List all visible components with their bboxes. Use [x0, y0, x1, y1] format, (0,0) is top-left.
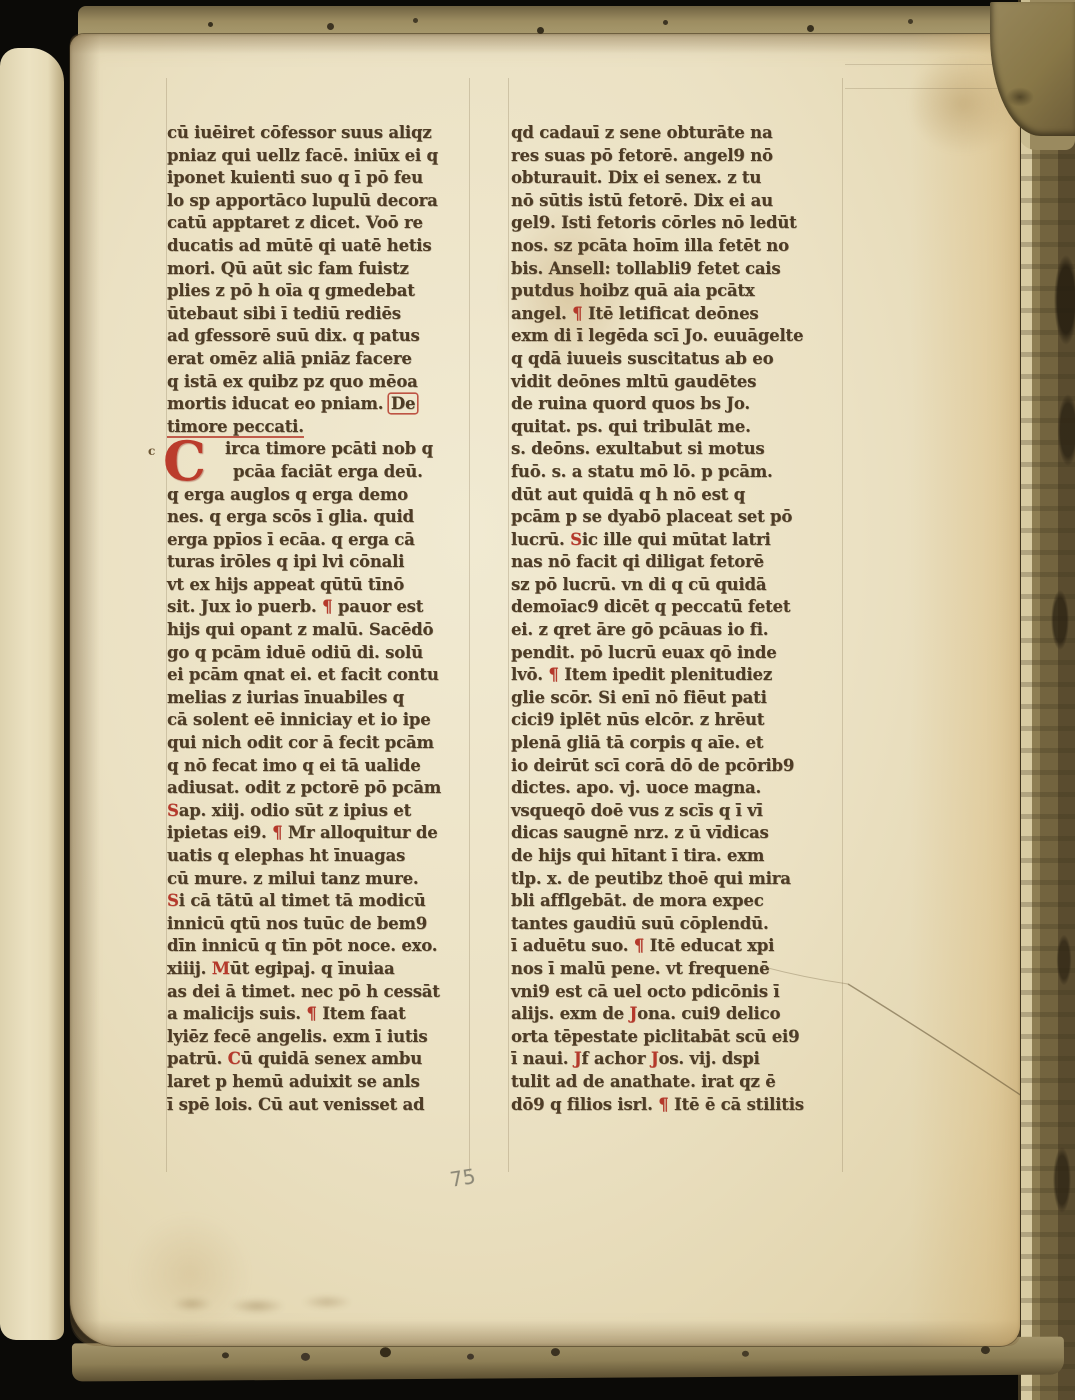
text-segment: Itē letificat deōnes — [582, 304, 758, 323]
text-segment: obturauit. Dix ei senex. z tu — [511, 168, 761, 187]
text-segment: res suas pō fetorē. angel9 nō — [511, 146, 773, 165]
manuscript-text-line: iponet kuienti suo q ī pō feu — [167, 167, 467, 190]
facing-page-sliver — [0, 48, 64, 1340]
text-segment: xiiij. — [167, 959, 212, 978]
text-segment: alijs. exm de — [511, 1004, 630, 1023]
manuscript-text-line: q nō fecat imo q ei tā ualide — [167, 755, 467, 778]
text-segment: demoīac9 dicēt q peccatū fetet — [511, 597, 790, 616]
manuscript-text-line: res suas pō fetorē. angel9 nō — [511, 145, 841, 168]
manuscript-text-line: nes. q erga scōs ī glia. quid — [167, 506, 467, 529]
text-segment: nas nō facit qi diligat fetorē — [511, 552, 764, 571]
manuscript-text-line: lyiēz fecē angelis. exm ī iutis — [167, 1026, 467, 1049]
text-segment: lo sp apportāco lupulū decora — [167, 191, 438, 210]
rubricated-text-segment: S — [570, 530, 582, 549]
text-segment: go q pcām iduē odiū di. solū — [167, 643, 423, 662]
manuscript-text-line: ī aduētu suo. ¶ Itē educat xpi — [511, 935, 841, 958]
rubricated-text-segment: De — [389, 394, 417, 413]
text-segment: Item ipedit plenitudiez — [559, 665, 772, 684]
text-segment: q qdā iuueis suscitatus ab eo — [511, 349, 773, 368]
text-segment: tulit ad de anathate. irat qz ē — [511, 1072, 776, 1091]
text-segment: Item faat — [317, 1004, 406, 1023]
text-segment: uatis q elephas ht īnuagas — [167, 846, 405, 865]
manuscript-text-line: quitat. ps. qui tribulāt me. — [511, 416, 841, 439]
gutter-shadow — [70, 34, 100, 1346]
text-segment: nes. q erga scōs ī glia. quid — [167, 507, 414, 526]
manuscript-text-line: dō9 q filios isrl. ¶ Itē ē cā stilitis — [511, 1094, 841, 1117]
manuscript-text-line: vni9 est cā uel octo pdicōnis ī — [511, 981, 841, 1004]
manuscript-text-line: nō sūtis istū fetorē. Dix ei au — [511, 190, 841, 213]
text-segment: i cā tātū al timet tā modicū — [179, 891, 426, 910]
rubricated-initial-C: C — [163, 438, 217, 486]
ruling-line-vertical — [842, 78, 843, 1172]
text-segment: f achor — [581, 1049, 650, 1068]
ruling-line-horizontal — [845, 64, 1013, 65]
text-segment: as dei ā timet. nec pō h cessāt — [167, 982, 440, 1001]
manuscript-text-line: adiusat. odit z pctorē pō pcām — [167, 777, 467, 800]
text-segment: plies z pō h oīa q gmedebat — [167, 281, 415, 300]
text-segment: vni9 est cā uel octo pdicōnis ī — [511, 982, 779, 1001]
rubricated-text-segment: S — [167, 891, 179, 910]
manuscript-text-line: lucrū. Sic ille qui mūtat latri — [511, 529, 841, 552]
text-segment: ūt egipaj. q īnuiaa — [230, 959, 395, 978]
text-segment: pendit. pō lucrū euax qō inde — [511, 643, 777, 662]
text-segment: vt ex hijs appeat qūtū tīnō — [167, 575, 404, 594]
manuscript-text-line: lvō. ¶ Item ipedit plenitudiez — [511, 664, 841, 687]
manuscript-text-line: sz pō lucrū. vn di q cū quidā — [511, 574, 841, 597]
manuscript-text-line: dictes. apo. vj. uoce magna. — [511, 777, 841, 800]
rubricated-text-segment: ¶ — [548, 665, 558, 684]
text-segment: pcāa faciāt erga deū. — [233, 462, 423, 481]
manuscript-text-line: vsqueqō doē vus z scīs q ī vī — [511, 800, 841, 823]
manuscript-text-line: ipietas ei9. ¶ Mr alloquitur de — [167, 822, 467, 845]
text-segment: ī naui. — [511, 1049, 574, 1068]
edge-wear-spots — [208, 22, 213, 27]
manuscript-text-line: nos. sz pcāta hoīm illa fetēt no — [511, 235, 841, 258]
manuscript-text-line: xiiij. Mūt egipaj. q īnuiaa — [167, 958, 467, 981]
text-segment: melias z iurias īnuabiles q — [167, 688, 404, 707]
text-segment: ducatis ad mūtē qi uatē hetis — [167, 236, 431, 255]
manuscript-text-line: dīn innicū q tīn pōt noce. exo. — [167, 935, 467, 958]
text-segment: fuō. s. a statu mō lō. p pcām. — [511, 462, 773, 481]
manuscript-text-line: putdus hoibz quā aia pcātx — [511, 280, 841, 303]
text-segment: cū iuēiret cōfessor suus aliqz — [167, 123, 432, 142]
rubricated-text-segment: ¶ — [634, 936, 644, 955]
manuscript-text-line: nos ī malū pene. vt frequenē — [511, 958, 841, 981]
text-segment: putdus hoibz quā aia pcātx — [511, 281, 755, 300]
text-segment: laret p hemū aduixit se anls — [167, 1072, 420, 1091]
edge-wear-spots — [222, 1352, 229, 1358]
manuscript-text-line: as dei ā timet. nec pō h cessāt — [167, 981, 467, 1004]
text-segment: exm di ī legēda scī Jo. euuāgelte — [511, 326, 803, 345]
text-segment: vsqueqō doē vus z scīs q ī vī — [511, 801, 763, 820]
text-segment: ei pcām qnat ei. et facit contu — [167, 665, 439, 684]
text-segment: dictes. apo. vj. uoce magna. — [511, 778, 761, 797]
manuscript-text-line: demoīac9 dicēt q peccatū fetet — [511, 596, 841, 619]
text-segment: os. vij. dspi — [659, 1049, 760, 1068]
manuscript-text-line: io deirūt scī corā dō de pcōrib9 — [511, 755, 841, 778]
text-segment: Itē educat xpi — [644, 936, 774, 955]
text-segment: lvō. — [511, 665, 548, 684]
manuscript-text-line: pendit. pō lucrū euax qō inde — [511, 642, 841, 665]
text-segment: ī aduētu suo. — [511, 936, 634, 955]
ruling-line-vertical — [469, 78, 470, 1172]
text-segment: s. deōns. exultabut si motus — [511, 439, 764, 458]
text-segment: dūt aut quidā q h nō est q — [511, 485, 745, 504]
text-segment: bli afflgebāt. de mora expec — [511, 891, 764, 910]
manuscript-text-line: cū mure. z milui tanz mure. — [167, 868, 467, 891]
manuscript-text-line: lo sp apportāco lupulū decora — [167, 190, 467, 213]
text-segment: ūtebaut sibi ī tediū rediēs — [167, 304, 401, 323]
manuscript-text-line: plies z pō h oīa q gmedebat — [167, 280, 467, 303]
text-segment: mori. Qū aūt sic fam fuistz — [167, 259, 409, 278]
right-edge-toning — [910, 34, 1020, 1346]
manuscript-text-line: ī spē lois. Cū aut venisset ad — [167, 1094, 467, 1117]
text-segment: nos ī malū pene. vt frequenē — [511, 959, 769, 978]
text-segment: catū apptaret z dicet. Voō re — [167, 213, 423, 232]
text-column-left: cū iuēiret cōfessor suus aliqzpniaz qui … — [167, 122, 467, 1116]
text-segment: tantes gaudiū suū cōplendū. — [511, 914, 769, 933]
text-segment: lucrū. — [511, 530, 570, 549]
manuscript-text-line: Sap. xiij. odio sūt z ipius et — [167, 800, 467, 823]
text-segment: ī spē lois. Cū aut venisset ad — [167, 1095, 424, 1114]
text-segment: ipietas ei9. — [167, 823, 272, 842]
initial-guide-letter: c — [148, 444, 155, 458]
manuscript-text-line: de ruina quord quos bs Jo. — [511, 393, 841, 416]
manuscript-text-line: ad gfessorē suū dix. q patus — [167, 325, 467, 348]
text-segment: dicas saugnē nrz. z ū vīdicas — [511, 823, 769, 842]
text-segment: vidit deōnes mltū gaudētes — [511, 372, 756, 391]
text-segment: ona. cui9 delico — [637, 1004, 780, 1023]
manuscript-text-line: exm di ī legēda scī Jo. euuāgelte — [511, 325, 841, 348]
manuscript-text-line: qd cadauī z sene obturāte na — [511, 122, 841, 145]
rubricated-text-segment: S — [167, 801, 179, 820]
manuscript-text-line: vidit deōnes mltū gaudētes — [511, 371, 841, 394]
manuscript-text-line: obturauit. Dix ei senex. z tu — [511, 167, 841, 190]
ink-showthrough-ghost — [162, 1286, 377, 1322]
manuscript-text-line: pniaz qui uellz facē. iniūx ei q — [167, 145, 467, 168]
manuscript-text-line: bis. Ansell: tollabli9 fetet cais — [511, 258, 841, 281]
text-segment: dō9 q filios isrl. — [511, 1095, 658, 1114]
text-segment: glie scōr. Si enī nō fiēut pati — [511, 688, 767, 707]
manuscript-text-line: mori. Qū aūt sic fam fuistz — [167, 258, 467, 281]
manuscript-text-line: fuō. s. a statu mō lō. p pcām. — [511, 461, 841, 484]
text-segment: sit. Jux io puerb. — [167, 597, 322, 616]
text-segment: ad gfessorē suū dix. q patus — [167, 326, 420, 345]
text-segment: de ruina quord quos bs Jo. — [511, 394, 750, 413]
manuscript-text-line: patrū. Cū quidā senex ambu — [167, 1048, 467, 1071]
manuscript-text-line: q erga auglos q erga demo — [167, 484, 467, 507]
text-segment: lyiēz fecē angelis. exm ī iutis — [167, 1027, 427, 1046]
text-segment: qd cadauī z sene obturāte na — [511, 123, 772, 142]
text-segment: Itē ē cā stilitis — [669, 1095, 804, 1114]
rubricated-text-segment: ¶ — [306, 1004, 316, 1023]
text-segment: quitat. ps. qui tribulāt me. — [511, 417, 751, 436]
text-segment: pniaz qui uellz facē. iniūx ei q — [167, 146, 438, 165]
manuscript-text-line: melias z iurias īnuabiles q — [167, 687, 467, 710]
rubricated-text-segment: M — [212, 959, 230, 978]
manuscript-text-line: Si cā tātū al timet tā modicū — [167, 890, 467, 913]
text-segment: iponet kuienti suo q ī pō feu — [167, 168, 423, 187]
manuscript-text-line: nas nō facit qi diligat fetorē — [511, 551, 841, 574]
manuscript-text-line: erga ppīos ī ecāa. q erga cā — [167, 529, 467, 552]
text-segment: cū mure. z milui tanz mure. — [167, 869, 418, 888]
manuscript-text-line: erat omēz aliā pniāz facere — [167, 348, 467, 371]
ruling-line-horizontal — [845, 88, 1013, 89]
manuscript-text-line: mortis iducat eo pniam. De — [167, 393, 467, 416]
manuscript-text-line: timore peccati. — [167, 416, 467, 439]
text-segment: erga ppīos ī ecāa. q erga cā — [167, 530, 415, 549]
manuscript-text-line: cā solent eē inniciay et io ipe — [167, 709, 467, 732]
rubricated-text-segment: J — [630, 1004, 638, 1023]
manuscript-text-line: de hijs qui hītant ī tira. exm — [511, 845, 841, 868]
text-segment: Mr alloquitur de — [282, 823, 437, 842]
manuscript-text-line: hijs qui opant z malū. Sacēdō — [167, 619, 467, 642]
manuscript-text-line: innicū qtū nos tuūc de bem9 — [167, 913, 467, 936]
text-segment: a malicijs suis. — [167, 1004, 306, 1023]
text-segment: dīn innicū q tīn pōt noce. exo. — [167, 936, 437, 955]
rubricated-text-segment: ¶ — [272, 823, 282, 842]
manuscript-text-line: gel9. Isti fetoris cōrles nō ledūt — [511, 212, 841, 235]
manuscript-text-line: laret p hemū aduixit se anls — [167, 1071, 467, 1094]
manuscript-text-line: sit. Jux io puerb. ¶ pauor est — [167, 596, 467, 619]
manuscript-text-line: dicas saugnē nrz. z ū vīdicas — [511, 822, 841, 845]
text-segment: erat omēz aliā pniāz facere — [167, 349, 412, 368]
manuscript-text-line: tantes gaudiū suū cōplendū. — [511, 913, 841, 936]
manuscript-text-line: cici9 iplēt nūs elcōr. z hrēut — [511, 709, 841, 732]
text-segment: angel. — [511, 304, 572, 323]
manuscript-text-line: go q pcām iduē odiū di. solū — [167, 642, 467, 665]
manuscript-text-line: ī naui. Jf achor Jos. vij. dspi — [511, 1048, 841, 1071]
rubricated-text-segment: C — [228, 1049, 241, 1068]
manuscript-page: cū iuēiret cōfessor suus aliqzpniaz qui … — [70, 34, 1020, 1346]
rubricated-text-segment: J — [651, 1049, 659, 1068]
manuscript-text-line: glie scōr. Si enī nō fiēut pati — [511, 687, 841, 710]
manuscript-text-line: ei pcām qnat ei. et facit contu — [167, 664, 467, 687]
text-segment: patrū. — [167, 1049, 228, 1068]
page-stack-fore-edges — [1018, 0, 1075, 1400]
manuscript-text-line: uatis q elephas ht īnuagas — [167, 845, 467, 868]
text-segment: pauor est — [332, 597, 423, 616]
text-segment: ap. xiij. odio sūt z ipius et — [179, 801, 411, 820]
manuscript-text-line: qui nich odit cor ā fecit pcām — [167, 732, 467, 755]
pencil-folio-number: 75 — [448, 1164, 477, 1192]
text-segment: q istā ex quibz pz quo mēoa — [167, 372, 418, 391]
text-column-right: qd cadauī z sene obturāte nares suas pō … — [511, 122, 841, 1116]
rubricated-text-segment: ¶ — [658, 1095, 668, 1114]
top-edge-shading — [70, 34, 1020, 54]
text-segment: innicū qtū nos tuūc de bem9 — [167, 914, 427, 933]
text-segment: qui nich odit cor ā fecit pcām — [167, 733, 434, 752]
text-segment: io deirūt scī corā dō de pcōrib9 — [511, 756, 794, 775]
manuscript-text-line: ei. z qret āre gō pcāuas io fi. — [511, 619, 841, 642]
text-segment: turas irōles q ipi lvi cōnali — [167, 552, 404, 571]
text-segment: irca timore pcāti nob q — [225, 439, 433, 458]
manuscript-text-line: ducatis ad mūtē qi uatē hetis — [167, 235, 467, 258]
manuscript-text-line: a malicijs suis. ¶ Item faat — [167, 1003, 467, 1026]
manuscript-text-line: pcām p se dyabō placeat set pō — [511, 506, 841, 529]
manuscript-text-line: q istā ex quibz pz quo mēoa — [167, 371, 467, 394]
manuscript-text-line: orta tēpestate piclitabāt scū ei9 — [511, 1026, 841, 1049]
manuscript-photo: cū iuēiret cōfessor suus aliqzpniaz qui … — [0, 0, 1075, 1400]
manuscript-text-line: plenā gliā tā corpis q aīe. et — [511, 732, 841, 755]
text-segment: plenā gliā tā corpis q aīe. et — [511, 733, 763, 752]
manuscript-text-line: turas irōles q ipi lvi cōnali — [167, 551, 467, 574]
rubricated-text-segment: ¶ — [322, 597, 332, 616]
manuscript-text-line: tlp. x. de peutibz thoē qui mira — [511, 868, 841, 891]
rubricated-text-segment: ¶ — [572, 304, 582, 323]
ruling-line-vertical — [508, 78, 509, 1172]
text-segment: ei. z qret āre gō pcāuas io fi. — [511, 620, 768, 639]
text-segment: gel9. Isti fetoris cōrles nō ledūt — [511, 213, 797, 232]
text-segment: cā solent eē inniciay et io ipe — [167, 710, 431, 729]
manuscript-text-line: q qdā iuueis suscitatus ab eo — [511, 348, 841, 371]
text-segment: ic ille qui mūtat latri — [582, 530, 771, 549]
manuscript-text-line: dūt aut quidā q h nō est q — [511, 484, 841, 507]
manuscript-text-line: alijs. exm de Jona. cui9 delico — [511, 1003, 841, 1026]
text-segment: bis. Ansell: tollabli9 fetet cais — [511, 259, 780, 278]
text-segment: sz pō lucrū. vn di q cū quidā — [511, 575, 766, 594]
text-segment: q nō fecat imo q ei tā ualide — [167, 756, 421, 775]
manuscript-text-line: angel. ¶ Itē letificat deōnes — [511, 303, 841, 326]
text-segment: de hijs qui hītant ī tira. exm — [511, 846, 764, 865]
text-segment: ū quidā senex ambu — [241, 1049, 422, 1068]
text-segment: mortis iducat eo pniam. — [167, 394, 389, 413]
manuscript-text-line: catū apptaret z dicet. Voō re — [167, 212, 467, 235]
manuscript-text-line: ūtebaut sibi ī tediū rediēs — [167, 303, 467, 326]
text-segment: orta tēpestate piclitabāt scū ei9 — [511, 1027, 799, 1046]
manuscript-text-line: vt ex hijs appeat qūtū tīnō — [167, 574, 467, 597]
text-segment: hijs qui opant z malū. Sacēdō — [167, 620, 433, 639]
manuscript-text-line: s. deōns. exultabut si motus — [511, 438, 841, 461]
text-segment: tlp. x. de peutibz thoē qui mira — [511, 869, 791, 888]
manuscript-text-line: bli afflgebāt. de mora expec — [511, 890, 841, 913]
text-segment: cici9 iplēt nūs elcōr. z hrēut — [511, 710, 764, 729]
text-segment: nō sūtis istū fetorē. Dix ei au — [511, 191, 773, 210]
manuscript-text-line: cū iuēiret cōfessor suus aliqz — [167, 122, 467, 145]
text-segment: adiusat. odit z pctorē pō pcām — [167, 778, 441, 797]
text-segment: nos. sz pcāta hoīm illa fetēt no — [511, 236, 789, 255]
manuscript-text-line: tulit ad de anathate. irat qz ē — [511, 1071, 841, 1094]
text-segment: pcām p se dyabō placeat set pō — [511, 507, 792, 526]
